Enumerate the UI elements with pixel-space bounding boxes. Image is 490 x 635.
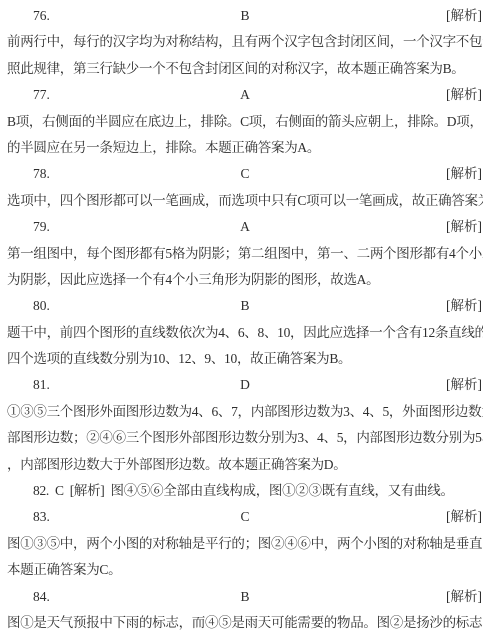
analysis-marker: [解析] [446,372,482,398]
question-78: 78. C [解析] 选项中，四个图形都可以一笔画成，而选项中只有C项可以一笔画… [7,161,483,214]
question-header: 81. D [解析] [7,372,483,398]
analysis-marker: [解析] [446,3,482,29]
analysis-marker: [解析] [446,293,482,319]
question-81: 81. D [解析] ①③⑤三个图形外面图形边数为4、6、7，内部图形边数为3、… [7,372,483,478]
analysis-marker: [解析] [446,584,482,610]
explanation-line: 部图形边数；②④⑥三个图形外部图形边数分别为3、4、5，内部图形边数分别为5、5… [7,425,483,451]
explanation-line: ，内部图形边数大于外部图形边数。故本题正确答案为D。 [7,452,483,478]
question-80: 80. B [解析] 题干中，前四个图形的直线数依次为4、6、8、10，因此应选… [7,293,483,372]
explanation-line: 为阴影，因此应选择一个有4个小三角形为阴影的图形，故选A。 [7,267,483,293]
explanation-line: 图①是天气预报中下雨的标志，而④⑤是雨天可能需要的物品。图②是扬沙的标志，③⑥ [7,610,483,635]
answer-letter: A [7,214,483,240]
question-header: 84. B [解析] [7,584,483,610]
explanation-line: 选项中，四个图形都可以一笔画成，而选项中只有C项可以一笔画成，故正确答案为C。 [7,188,483,214]
explanation-line: 前两行中，每行的汉字均为对称结构，且有两个汉字包含封闭区间，一个汉字不包含。按 [7,29,483,55]
answer-letter: B [7,293,483,319]
question-header: 78. C [解析] [7,161,483,187]
answer-letter: B [7,3,483,29]
question-header: 77. A [解析] [7,82,483,108]
explanation-line: 照此规律，第三行缺少一个不包含封闭区间的对称汉字，故本题正确答案为B。 [7,56,483,82]
explanation-line: 四个选项的直线数分别为10、12、9、10，故正确答案为B。 [7,346,483,372]
answer-letter: A [7,82,483,108]
explanation-line: 本题正确答案为C。 [7,557,483,583]
question-header: 76. B [解析] [7,3,483,29]
analysis-marker: [解析] [446,504,482,530]
analysis-marker: [解析] [446,82,482,108]
explanation-text: 图④⑤⑥全部由直线构成，图①②③既有直线，又有曲线。 [111,483,454,498]
explanation-line: 图①③⑤中，两个小图的对称轴是平行的；图②④⑥中，两个小图的对称轴是垂直的。故 [7,531,483,557]
explanation-line: ①③⑤三个图形外面图形边数为4、6、7，内部图形边数为3、4、5，外面图形边数大… [7,399,483,425]
analysis-marker: [解析] [446,161,482,187]
question-header: 83. C [解析] [7,504,483,530]
question-header: 79. A [解析] [7,214,483,240]
explanation-line: 题干中，前四个图形的直线数依次为4、6、8、10，因此应选择一个含有12条直线的… [7,320,483,346]
question-77: 77. A [解析] B项，右侧面的半圆应在底边上，排除。C项，右侧面的箭头应朝… [7,82,483,161]
answer-letter: B [7,584,483,610]
explanation-line: B项，右侧面的半圆应在底边上，排除。C项，右侧面的箭头应朝上，排除。D项，右侧面 [7,109,483,135]
question-76: 76. B [解析] 前两行中，每行的汉字均为对称结构，且有两个汉字包含封闭区间… [7,3,483,82]
answer-letter: D [7,372,483,398]
explanation-line: 第一组图中，每个图形都有5格为阴影；第二组图中，第一、二两个图形都有4个小三角形 [7,241,483,267]
question-79: 79. A [解析] 第一组图中，每个图形都有5格为阴影；第二组图中，第一、二两… [7,214,483,293]
question-84: 84. B [解析] 图①是天气预报中下雨的标志，而④⑤是雨天可能需要的物品。图… [7,584,483,635]
answer-letter: C [7,161,483,187]
analysis-marker: [解析] [446,214,482,240]
document-page: 76. B [解析] 前两行中，每行的汉字均为对称结构，且有两个汉字包含封闭区间… [0,0,490,635]
question-number: 82. [33,483,49,498]
answer-letter: C [55,483,64,498]
question-header: 80. B [解析] [7,293,483,319]
explanation-line: 的半圆应在另一条短边上，排除。本题正确答案为A。 [7,135,483,161]
question-83: 83. C [解析] 图①③⑤中，两个小图的对称轴是平行的；图②④⑥中，两个小图… [7,504,483,583]
question-82: 82.C[解析]图④⑤⑥全部由直线构成，图①②③既有直线，又有曲线。 [7,478,483,504]
analysis-marker: [解析] [70,483,105,498]
answer-letter: C [7,504,483,530]
